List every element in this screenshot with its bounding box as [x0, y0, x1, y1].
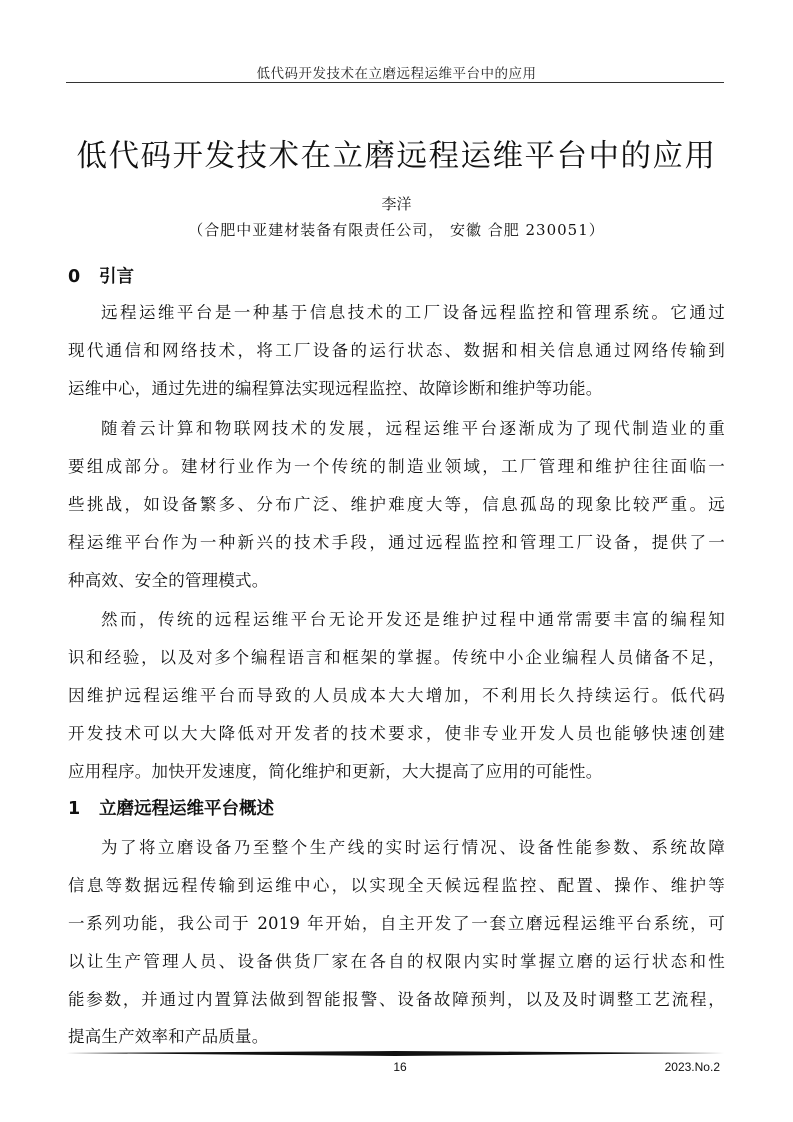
section-number: 0: [68, 267, 99, 287]
section-heading-0: 0引言: [68, 263, 134, 288]
paragraph-line: 运维中心，通过先进的编程算法实现远程监控、故障诊断和维护等功能。: [68, 375, 725, 399]
section-number: 1: [68, 799, 99, 819]
paragraph-line: 开发技术可以大大降低对开发者的技术要求，使非专业开发人员也能够快速创建: [68, 720, 725, 744]
paragraph-line: 提高生产效率和产品质量。: [68, 1023, 725, 1047]
page-number: 16: [380, 1060, 420, 1074]
paragraph-line: 要组成部分。建材行业作为一个传统的制造业领域，工厂管理和维护往往面临一: [68, 453, 725, 477]
paragraph-line: 能参数，并通过内置算法做到智能报警、设备故障预判，以及及时调整工艺流程，: [68, 986, 725, 1010]
running-header: 低代码开发技术在立磨远程运维平台中的应用: [0, 62, 793, 82]
section-heading-1: 1立磨远程运维平台概述: [68, 795, 274, 820]
paragraph-line: 现代通信和网络技术，将工厂设备的运行状态、数据和相关信息通过网络传输到: [68, 337, 725, 361]
footer-rule: [66, 1051, 724, 1056]
journal-issue: 2023.No.2: [620, 1060, 720, 1074]
section-title: 引言: [99, 267, 134, 287]
paragraph-line: 然而，传统的远程运维平台无论开发还是维护过程中通常需要丰富的编程知: [101, 606, 725, 630]
paragraph-line: 以让生产管理人员、设备供货厂家在各自的权限内实时掌握立磨的运行状态和性: [68, 948, 725, 972]
paragraph-line: 种高效、安全的管理模式。: [68, 567, 725, 591]
paragraph-line: 识和经验，以及对多个编程语言和框架的掌握。传统中小企业编程人员储备不足，: [68, 644, 725, 668]
paragraph-line: 应用程序。加快开发速度，简化维护和更新，大大提高了应用的可能性。: [68, 758, 725, 782]
paragraph-line: 随着云计算和物联网技术的发展，远程运维平台逐渐成为了现代制造业的重: [101, 415, 725, 439]
author-affiliation: （合肥中亚建材装备有限责任公司， 安徽 合肥 230051）: [0, 219, 793, 240]
author-name: 李洋: [0, 193, 793, 214]
paragraph-line: 程运维平台作为一种新兴的技术手段，通过远程监控和管理工厂设备，提供了一: [68, 529, 725, 553]
paragraph-line: 信息等数据远程传输到运维中心，以实现全天候远程监控、配置、操作、维护等: [68, 872, 725, 896]
paragraph-line: 因维护远程运维平台而导致的人员成本大大增加，不利用长久持续运行。低代码: [68, 682, 725, 706]
paragraph-line: 为了将立磨设备乃至整个生产线的实时运行情况、设备性能参数、系统故障: [101, 834, 725, 858]
header-rule: [66, 82, 724, 83]
paragraph-line: 远程运维平台是一种基于信息技术的工厂设备远程监控和管理系统。它通过: [101, 299, 725, 323]
section-title: 立磨远程运维平台概述: [99, 799, 274, 819]
paragraph-line: 一系列功能，我公司于 2019 年开始，自主开发了一套立磨远程运维平台系统，可: [68, 910, 725, 934]
paper-title: 低代码开发技术在立磨远程运维平台中的应用: [0, 131, 793, 175]
paragraph-line: 些挑战，如设备繁多、分布广泛、维护难度大等，信息孤岛的现象比较严重。远: [68, 491, 725, 515]
